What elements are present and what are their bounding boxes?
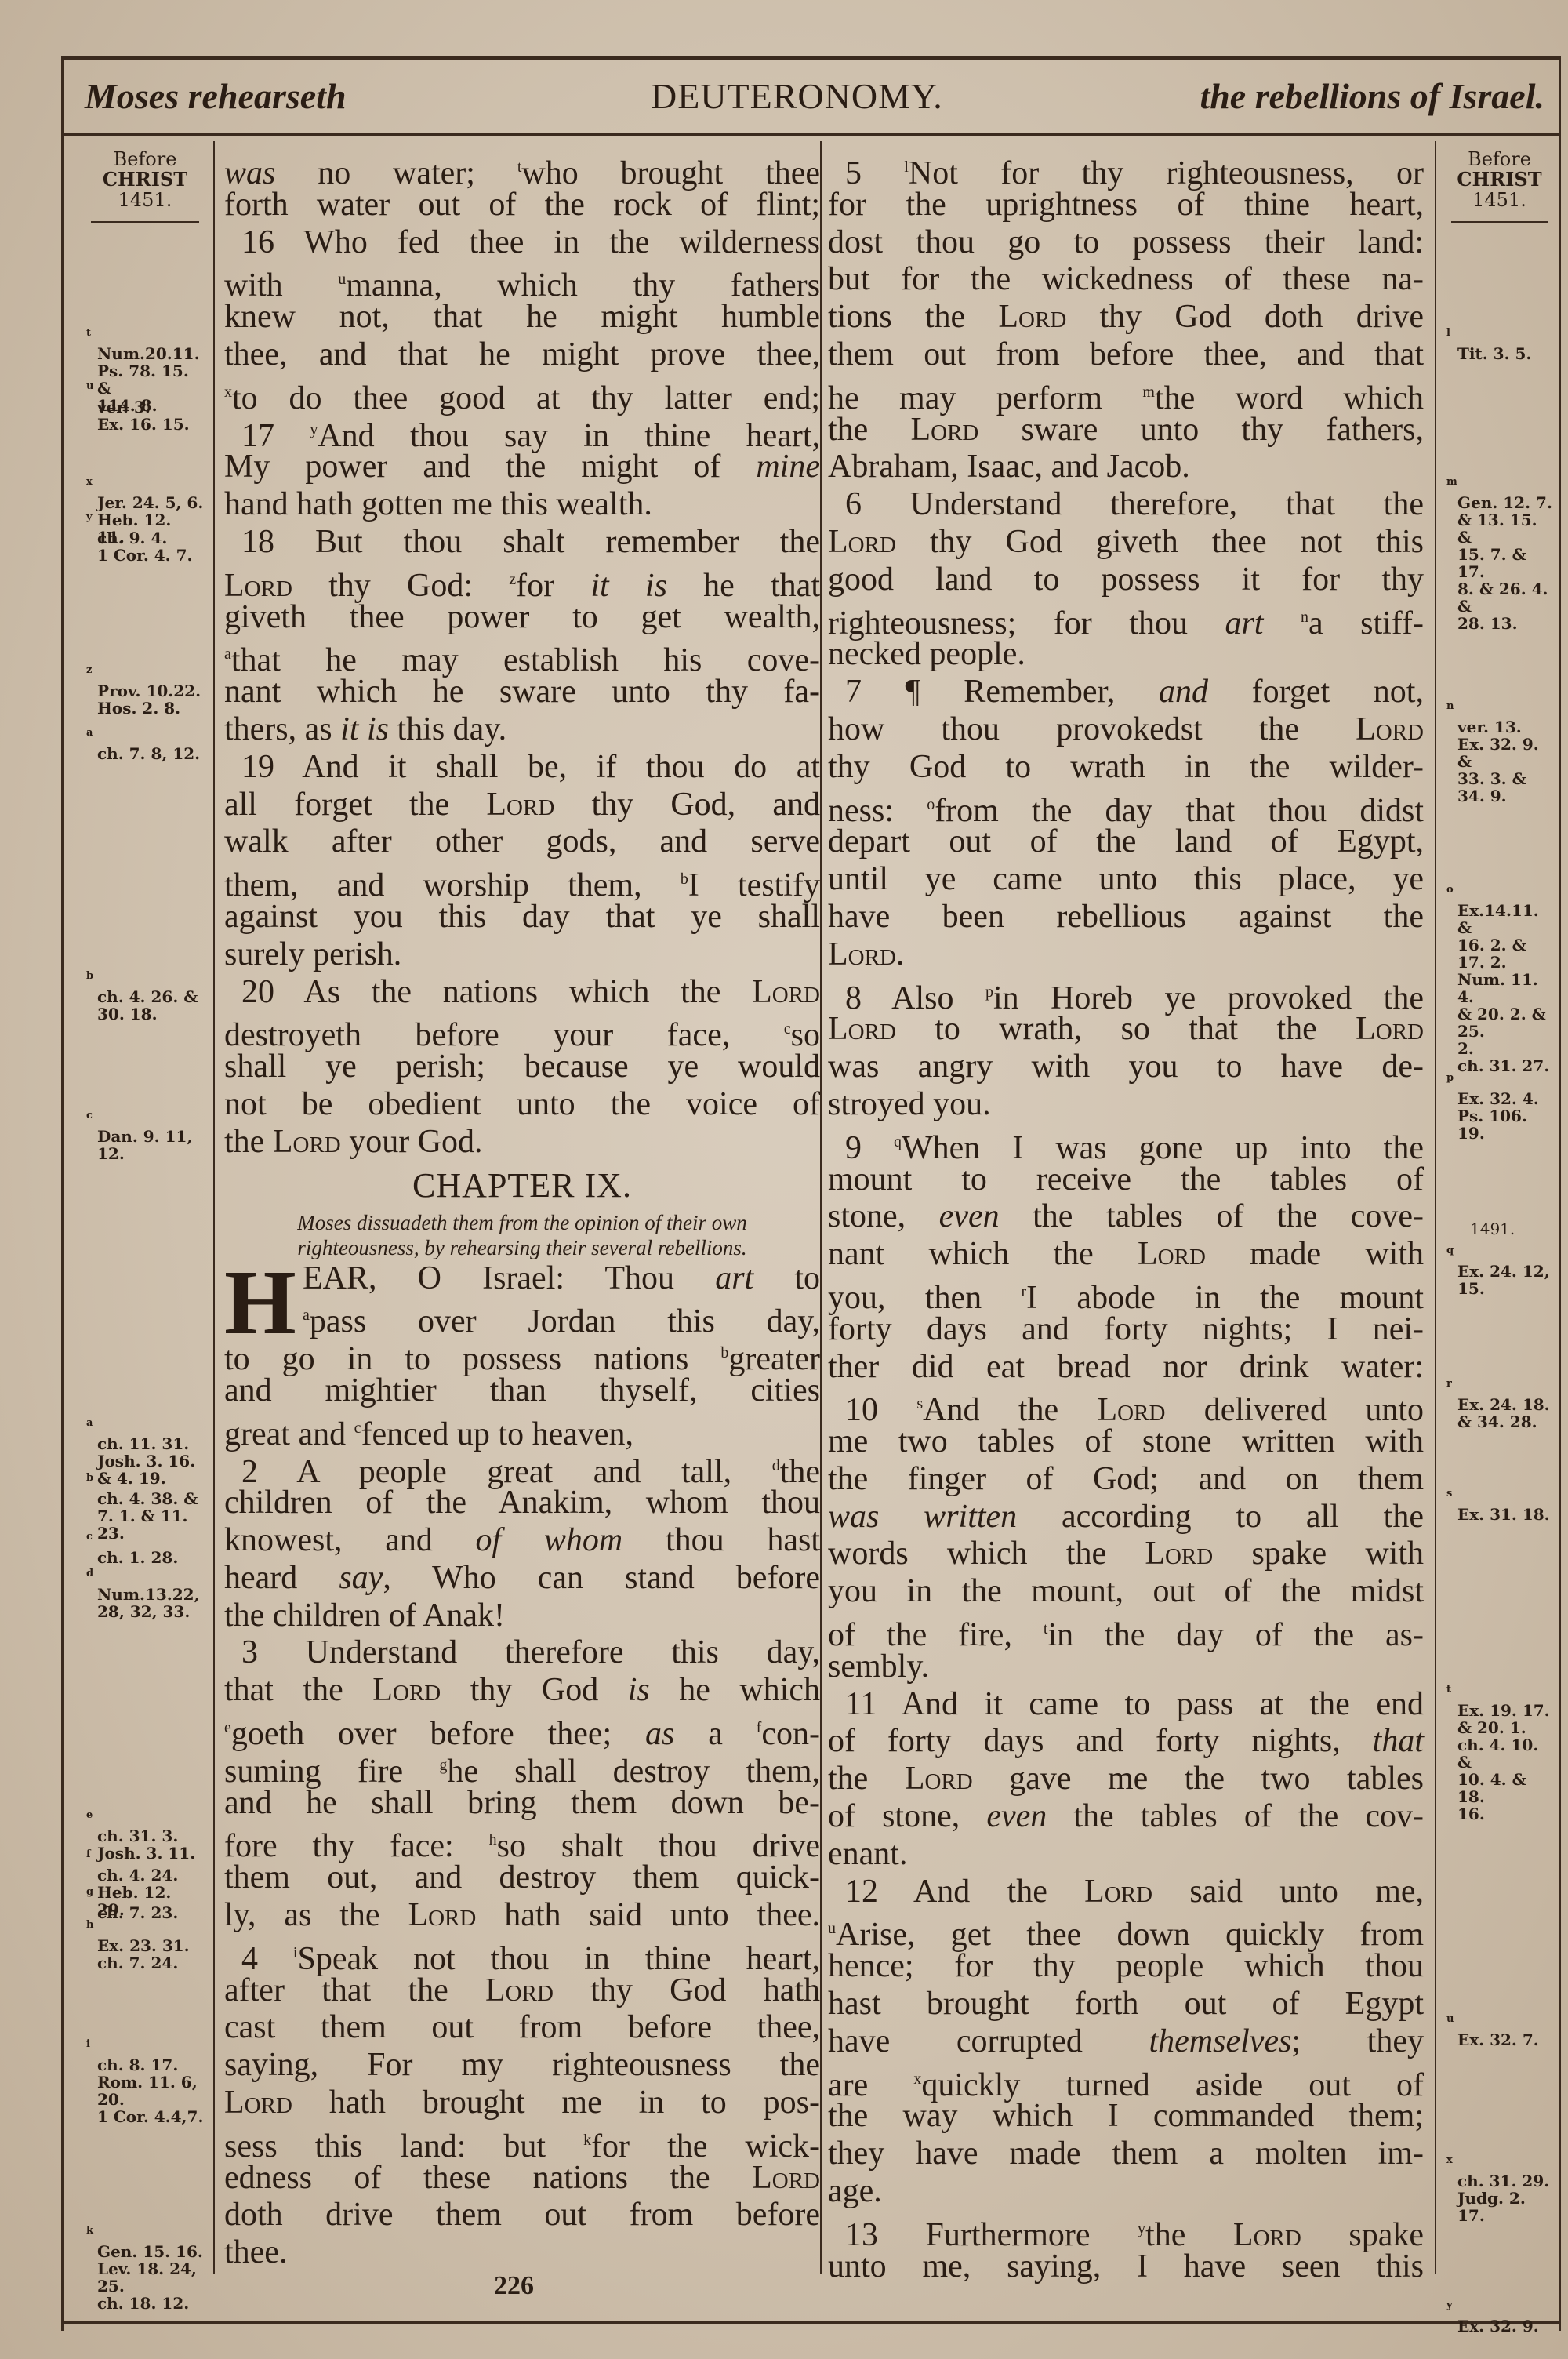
text-line: 16 Who fed thee in the wilderness: [224, 224, 820, 262]
reference-letter: p: [1446, 1072, 1454, 1084]
reference-text: ch. 7. 8, 12.: [86, 745, 200, 762]
reference-letter: x: [86, 476, 93, 488]
text-line: words which the Lord spake with: [828, 1536, 1424, 1573]
reference-marker: e: [224, 1719, 231, 1736]
text-line: 13 Furthermore ythe Lord spake: [828, 2211, 1424, 2248]
text-line: the Lord your God.: [224, 1124, 820, 1161]
text-line: the finger of God; and on them: [828, 1461, 1424, 1499]
reference-text: 15.: [1446, 1280, 1550, 1297]
text-line: fore thy face: hso shalt thou drive: [224, 1822, 820, 1859]
era-year: 1451.: [91, 190, 199, 210]
text-line: the Lord gave me the two tables: [828, 1761, 1424, 1798]
text-line: you, then rI abode in the mount: [828, 1274, 1424, 1311]
reference-text: 28, 32, 33.: [86, 1603, 200, 1620]
deut-8-verses: was no water; twho brought theeforth wat…: [224, 149, 820, 1161]
reference-letter: e: [86, 1809, 93, 1821]
era-christ: CHRIST: [91, 169, 199, 190]
reference-marker: g: [439, 1757, 447, 1774]
text-line: edness of these nations the Lord: [224, 2160, 820, 2197]
text-line: 11 And it came to pass at the end: [828, 1686, 1424, 1724]
text-line: saying, For my righteousness the: [224, 2047, 820, 2085]
reference-text: ch. 18. 12.: [86, 2295, 203, 2312]
text-line: 17 yAnd thou say in thine heart,: [224, 412, 820, 449]
reference-letter: b: [86, 970, 93, 982]
reference-text: 1491.: [1470, 1219, 1515, 1238]
chapter-opening: H EAR, O Israel: Thou art toapass over J…: [224, 1260, 820, 2273]
text-line: tions the Lord thy God doth drive: [828, 299, 1424, 336]
reference-letter: t: [86, 327, 91, 339]
chapter-summary-line: Moses dissuadeth them from the opinion o…: [224, 1210, 820, 1235]
text-line: after that the Lord thy God hath: [224, 1972, 820, 2010]
text-line: suming fire ghe shall destroy them,: [224, 1747, 820, 1785]
text-line: Lord thy God giveth thee not this: [828, 524, 1424, 562]
reference-marker: t: [1044, 1620, 1048, 1637]
reference-marker: b: [720, 1344, 728, 1361]
text-line: not be obedient unto the voice of: [224, 1086, 820, 1124]
era-before: Before: [1451, 149, 1548, 169]
text-line: the Lord sware unto thy fathers,: [828, 412, 1424, 449]
text-line: the way which I commanded them;: [828, 2098, 1424, 2135]
drop-cap: H: [224, 1265, 296, 1340]
cross-reference: yEx. 32. 9.: [1446, 2297, 1539, 2335]
reference-marker: p: [985, 983, 993, 1001]
text-line: 8 Also pin Horeb ye provoked the: [828, 974, 1424, 1012]
reference-marker: x: [913, 2070, 921, 2088]
text-line: are xquickly turned aside out of: [828, 2061, 1424, 2099]
reference-letter: c: [86, 1110, 93, 1121]
reference-letter: g: [86, 1886, 93, 1898]
reference-text: ch. 4. 38. &: [86, 1490, 204, 1507]
reference-text: Rom. 11. 6,: [86, 2074, 203, 2091]
reference-marker: o: [927, 796, 935, 813]
reference-text: ver. 3.: [86, 398, 190, 416]
reference-letter: a: [86, 727, 93, 739]
reference-text: 2.: [1446, 1040, 1552, 1057]
text-line: hast brought forth out of Egypt: [828, 1986, 1424, 2023]
reference-text: Hos. 2. 8.: [86, 700, 201, 717]
reference-letter: a: [86, 1417, 93, 1429]
cross-reference: hEx. 23. 31.ch. 7. 24.: [86, 1917, 190, 1972]
text-line: forty days and forty nights; I nei-: [828, 1311, 1424, 1349]
text-line: heard say, Who can stand before: [224, 1560, 820, 1598]
chapter-heading: CHAPTER IX.: [224, 1161, 820, 1210]
text-line: necked people.: [828, 636, 1424, 674]
text-line: 20 As the nations which the Lord: [224, 974, 820, 1012]
reference-letter: s: [1446, 1488, 1452, 1499]
text-line: thy God to wrath in the wilder-: [828, 749, 1424, 787]
cross-reference: tEx. 19. 17.& 20. 1.ch. 4. 10. &10. 4. &…: [1446, 1681, 1552, 1823]
reference-text: 20.: [86, 2091, 203, 2108]
reference-marker: u: [828, 1920, 836, 1937]
text-column-left: was no water; twho brought theeforth wat…: [224, 149, 820, 2272]
text-line: but for the wickedness of these na-: [828, 261, 1424, 299]
reference-text: 1 Cor. 4.4,7.: [86, 2108, 203, 2125]
text-line: knowest, and of whom thou hast: [224, 1522, 820, 1560]
text-line: stone, even the tables of the cove-: [828, 1198, 1424, 1236]
reference-text: 12.: [86, 1145, 192, 1162]
column-divider: [820, 141, 822, 2274]
text-line: dost thou go to possess their land:: [828, 224, 1424, 262]
text-line: thers, as it is this day.: [224, 711, 820, 749]
reference-marker: t: [517, 158, 522, 176]
cross-reference: pEx. 32. 4.Ps. 106. 19.: [1446, 1070, 1552, 1142]
cross-reference: cch. 1. 28.: [86, 1528, 178, 1566]
era-year: 1451.: [1451, 190, 1548, 210]
reference-marker: n: [1301, 609, 1308, 626]
reference-text: 15. 7. & 17.: [1446, 546, 1552, 580]
text-line: giveth thee power to get wealth,: [224, 599, 820, 637]
text-line: enant.: [828, 1836, 1424, 1874]
cross-reference: cDan. 9. 11,12.: [86, 1107, 192, 1162]
text-line: unto me, saying, I have seen this: [828, 2248, 1424, 2286]
cross-reference: nver. 13.Ex. 32. 9. &33. 3. & 34. 9.: [1446, 698, 1552, 805]
reference-text: Ex. 32. 9. &: [1446, 736, 1552, 770]
text-line: them out, and destroy them quick-: [224, 1859, 820, 1897]
page-number: 226: [494, 2271, 534, 2301]
reference-text: ch. 7. 24.: [86, 1954, 190, 1972]
reference-text: ch. 4. 26. &: [86, 988, 198, 1005]
reference-text: 16. 2. & 17. 2.: [1446, 936, 1552, 971]
text-line: righteousness; for thou art na stiff-: [828, 599, 1424, 637]
header-rule: [61, 133, 1559, 136]
reference-text: ver. 13.: [1446, 718, 1552, 736]
reference-text: Num.20.11.: [86, 345, 204, 362]
text-line: EAR, O Israel: Thou art to: [224, 1260, 820, 1298]
reference-marker: a: [303, 1307, 310, 1324]
reference-letter: c: [86, 1531, 93, 1543]
text-line: of forty days and forty nights, that: [828, 1723, 1424, 1761]
reference-marker: k: [583, 2132, 591, 2149]
reference-marker: y: [310, 421, 318, 438]
text-line: good land to possess it for thy: [828, 562, 1424, 599]
text-line: 6 Understand therefore, that the: [828, 486, 1424, 524]
reference-text: Dan. 9. 11,: [86, 1128, 192, 1145]
text-line: how thou provokedst the Lord: [828, 711, 1424, 749]
cross-reference: uver. 3.Ex. 16. 15.: [86, 378, 190, 433]
text-line: and he shall bring them down be-: [224, 1785, 820, 1823]
reference-marker: c: [354, 1419, 361, 1437]
reference-text: Ps. 106. 19.: [1446, 1107, 1552, 1142]
reference-letter: f: [86, 1848, 91, 1860]
text-line: uArise, get thee down quickly from: [828, 1910, 1424, 1948]
reference-text: ch. 4. 10. &: [1446, 1736, 1552, 1771]
text-line: have corrupted themselves; they: [828, 2023, 1424, 2061]
text-line: hand hath gotten me this wealth.: [224, 486, 820, 524]
reference-marker: z: [509, 571, 516, 588]
reference-letter: y: [86, 511, 93, 523]
reference-text: Josh. 3. 16.: [86, 1452, 195, 1470]
text-line: all forget the Lord thy God, and: [224, 787, 820, 824]
reference-text: 16.: [1446, 1805, 1552, 1823]
bible-page: Moses rehearseth DEUTERONOMY. the rebell…: [0, 0, 1568, 2359]
cross-reference: uEx. 32. 7.: [1446, 2011, 1539, 2048]
reference-text: Ex. 24. 18.: [1446, 1396, 1550, 1413]
text-line: sembly.: [828, 1648, 1424, 1686]
cross-reference: dNum.13.22,28, 32, 33.: [86, 1565, 200, 1620]
reference-marker: f: [757, 1719, 762, 1736]
text-line: age.: [828, 2173, 1424, 2211]
text-line: against you this day that ye shall: [224, 899, 820, 936]
text-line: 3 Understand therefore this day,: [224, 1634, 820, 1672]
text-column-right: 5 lNot for thy righteousness, orfor the …: [828, 149, 1424, 2285]
text-line: knew not, that he might humble: [224, 299, 820, 336]
text-line: great and cfenced up to heaven,: [224, 1410, 820, 1448]
text-line: nant which he sware unto thy fa-: [224, 674, 820, 711]
text-line: apass over Jordan this day,: [224, 1297, 820, 1335]
text-line: and mightier than thyself, cities: [224, 1372, 820, 1410]
text-line: Lord to wrath, so that the Lord: [828, 1011, 1424, 1049]
chapter-summary-line: righteousness, by rehearsing their sever…: [224, 1235, 820, 1260]
text-line: have been rebellious against the: [828, 899, 1424, 936]
text-line: surely perish.: [224, 936, 820, 974]
reference-marker: c: [784, 1020, 791, 1038]
text-line: Lord thy God: zfor it is he that: [224, 562, 820, 599]
reference-letter: h: [86, 1919, 93, 1931]
cross-reference: sEx. 31. 18.: [1446, 1485, 1550, 1523]
reference-marker: i: [293, 1944, 298, 1961]
reference-text: 28. 13.: [1446, 615, 1552, 632]
reference-text: Ex. 32. 9.: [1446, 2317, 1539, 2335]
text-line: of stone, even the tables of the cov-: [828, 1798, 1424, 1836]
reference-marker: x: [224, 383, 232, 401]
text-line: doth drive them out from before: [224, 2197, 820, 2234]
reference-text: ch. 31. 3.: [86, 1827, 195, 1845]
text-line: shall ye perish; because ye would: [224, 1049, 820, 1086]
text-line: forth water out of the rock of flint;: [224, 187, 820, 224]
reference-text: 33. 3. & 34. 9.: [1446, 770, 1552, 805]
running-head-left: Moses rehearseth: [85, 72, 347, 121]
reference-letter: r: [1446, 1378, 1452, 1390]
reference-text: Tit. 3. 5.: [1446, 345, 1531, 362]
text-line: was no water; twho brought thee: [224, 149, 820, 187]
text-line: children of the Anakim, whom thou: [224, 1485, 820, 1522]
text-line: destroyeth before your face, cso: [224, 1011, 820, 1049]
reference-text: & 13. 15. &: [1446, 511, 1552, 546]
reference-text: Ex. 24. 12,: [1446, 1263, 1550, 1280]
reference-text: Ex. 23. 31.: [86, 1937, 190, 1954]
reference-marker: u: [338, 271, 346, 288]
text-line: 12 And the Lord said unto me,: [828, 1874, 1424, 1911]
cross-reference: qEx. 24. 12,15.: [1446, 1242, 1550, 1297]
reference-marker: y: [1138, 2220, 1145, 2237]
reference-text: 30. 18.: [86, 1005, 198, 1023]
cross-reference: gch. 7. 23.: [86, 1884, 178, 1921]
reference-letter: l: [1446, 327, 1450, 339]
text-line: nant which the Lord made with: [828, 1236, 1424, 1274]
reference-marker: m: [1142, 383, 1155, 401]
reference-text: & 20. 1.: [1446, 1719, 1552, 1736]
reference-letter: x: [1446, 2154, 1453, 2166]
cross-reference: oEx.14.11. &16. 2. & 17. 2.Num. 11. 4.& …: [1446, 881, 1552, 1074]
text-line: of the fire, tin the day of the as-: [828, 1611, 1424, 1648]
reference-marker: r: [1021, 1283, 1026, 1300]
reference-marker: q: [894, 1133, 902, 1150]
top-rule: [61, 56, 1559, 60]
reference-letter: m: [1446, 476, 1457, 488]
reference-text: 10. 4. & 18.: [1446, 1771, 1552, 1805]
reference-text: Ex. 19. 17.: [1446, 1702, 1552, 1719]
reference-text: ch. 11. 31.: [86, 1435, 195, 1452]
era-label-right: Before CHRIST 1451.: [1451, 149, 1548, 223]
reference-text: ch. 8. 17.: [86, 2056, 203, 2074]
text-line: ly, as the Lord hath said unto thee.: [224, 1897, 820, 1935]
text-line: that the Lord thy God is he which: [224, 1672, 820, 1710]
deut-9-verses-left: EAR, O Israel: Thou art toapass over Jor…: [224, 1260, 820, 2273]
text-line: sess this land: but kfor the wick-: [224, 2122, 820, 2160]
text-line: mount to receive the tables of: [828, 1161, 1424, 1199]
reference-text: Gen. 15. 16.: [86, 2243, 203, 2260]
reference-text: ch. 9. 4.: [86, 529, 192, 547]
text-line: Lord.: [828, 936, 1424, 974]
cross-reference: zProv. 10.22.Hos. 2. 8.: [86, 662, 201, 717]
chapter-summary: Moses dissuadeth them from the opinion o…: [224, 1210, 820, 1260]
reference-text: 8. & 26. 4. &: [1446, 580, 1552, 615]
reference-marker: a: [224, 645, 231, 663]
reference-letter: t: [1446, 1684, 1451, 1696]
reference-letter: q: [1446, 1245, 1454, 1256]
text-line: until ye came unto this place, ye: [828, 861, 1424, 899]
text-line: the children of Anak!: [224, 1598, 820, 1635]
cross-reference: bch. 4. 26. &30. 18.: [86, 968, 198, 1023]
text-line: 2 A people great and tall, dthe: [224, 1448, 820, 1485]
text-line: My power and the might of mine: [224, 449, 820, 486]
reference-text: Ex. 16. 15.: [86, 416, 190, 433]
text-line: thee, and that he might prove thee,: [224, 336, 820, 374]
era-year-marker: 1491.: [1470, 1220, 1515, 1238]
reference-text: 25.: [86, 2277, 203, 2295]
cross-reference: kGen. 15. 16.Lev. 18. 24,25.ch. 18. 12.: [86, 2223, 203, 2312]
text-line: them, and worship them, bI testify: [224, 861, 820, 899]
text-line: hence; for thy people which thou: [828, 1948, 1424, 1986]
reference-text: & 20. 2. & 25.: [1446, 1005, 1552, 1040]
reference-text: Gen. 12. 7.: [1446, 494, 1552, 511]
right-margin-references: Before CHRIST 1451. lTit. 3. 5.mGen. 12.…: [1446, 149, 1552, 238]
text-line: 4 iSpeak not thou in thine heart,: [224, 1935, 820, 1972]
reference-text: Ex. 32. 4.: [1446, 1090, 1552, 1107]
text-line: 10 sAnd the Lord delivered unto: [828, 1386, 1424, 1423]
reference-letter: u: [1446, 2013, 1454, 2025]
reference-text: Num.13.22,: [86, 1586, 200, 1603]
cross-reference: ach. 7. 8, 12.: [86, 725, 200, 762]
reference-text: ch. 4. 24.: [86, 1866, 204, 1884]
reference-letter: k: [86, 2225, 93, 2237]
text-line: Abraham, Isaac, and Jacob.: [828, 449, 1424, 486]
reference-letter: i: [86, 2038, 90, 2050]
reference-text: ch. 31. 29.: [1446, 2172, 1552, 2190]
text-line: xto do thee good at thy latter end;: [224, 374, 820, 412]
text-line: 5 lNot for thy righteousness, or: [828, 149, 1424, 187]
left-margin-references: Before CHRIST 1451. tNum.20.11.Ps. 78. 1…: [86, 149, 204, 238]
running-head-book-title: DEUTERONOMY.: [651, 72, 943, 121]
text-line: thee.: [224, 2234, 820, 2272]
reference-marker: l: [904, 158, 909, 176]
text-line: you in the mount, out of the midst: [828, 1573, 1424, 1611]
text-line: 18 But thou shalt remember the: [224, 524, 820, 562]
running-head-right: the rebellions of Israel.: [1200, 72, 1544, 121]
era-label-left: Before CHRIST 1451.: [91, 149, 199, 223]
cross-reference: rEx. 24. 18.& 34. 28.: [1446, 1376, 1550, 1430]
cross-reference: ych. 9. 4.1 Cor. 4. 7.: [86, 509, 192, 564]
cross-reference: lTit. 3. 5.: [1446, 325, 1531, 362]
reference-text: 1 Cor. 4. 7.: [86, 547, 192, 564]
reference-letter: d: [86, 1568, 93, 1579]
reference-letter: o: [1446, 884, 1454, 896]
reference-text: & 34. 28.: [1446, 1413, 1550, 1430]
text-line: cast them out from before thee,: [224, 2009, 820, 2047]
left-margin-rule: [213, 141, 215, 2274]
text-line: 19 And it shall be, if thou do at: [224, 749, 820, 787]
reference-text: Judg. 2. 17.: [1446, 2190, 1552, 2224]
reference-text: Ex.14.11. &: [1446, 902, 1552, 936]
text-line: me two tables of stone written with: [828, 1423, 1424, 1461]
cross-reference: xch. 31. 29.Judg. 2. 17.: [1446, 2152, 1552, 2224]
text-line: them out from before thee, and that: [828, 336, 1424, 374]
reference-letter: b: [86, 1472, 93, 1484]
reference-letter: n: [1446, 700, 1454, 712]
text-line: to go in to possess nations bgreater: [224, 1335, 820, 1372]
right-margin-rule: [1435, 141, 1436, 2274]
reference-text: Ex. 31. 18.: [1446, 1506, 1550, 1523]
text-line: he may perform mthe word which: [828, 374, 1424, 412]
text-line: athat he may establish his cove-: [224, 636, 820, 674]
text-line: 7 ¶ Remember, and forget not,: [828, 674, 1424, 711]
reference-text: ch. 1. 28.: [86, 1549, 178, 1566]
reference-marker: b: [681, 871, 688, 888]
deut-9-verses-right: 5 lNot for thy righteousness, orfor the …: [828, 149, 1424, 2285]
reference-letter: z: [86, 664, 92, 676]
reference-text: Num. 11. 4.: [1446, 971, 1552, 1005]
text-line: ness: ofrom the day that thou didst: [828, 787, 1424, 824]
reference-text: Prov. 10.22.: [86, 682, 201, 700]
text-line: Lord hath brought me in to pos-: [224, 2085, 820, 2122]
reference-letter: u: [86, 380, 93, 392]
text-line: egoeth over before thee; as a fcon-: [224, 1710, 820, 1747]
text-line: ther did eat bread nor drink water:: [828, 1349, 1424, 1387]
text-line: was written according to all the: [828, 1499, 1424, 1536]
text-line: with umanna, which thy fathers: [224, 261, 820, 299]
text-line: for the uprightness of thine heart,: [828, 187, 1424, 224]
text-line: stroyed you.: [828, 1086, 1424, 1124]
era-before: Before: [91, 149, 199, 169]
cross-reference: mGen. 12. 7.& 13. 15. &15. 7. & 17.8. & …: [1446, 474, 1552, 632]
reference-marker: h: [489, 1831, 497, 1848]
text-line: depart out of the land of Egypt,: [828, 823, 1424, 861]
text-line: was angry with you to have de-: [828, 1049, 1424, 1086]
text-line: walk after other gods, and serve: [224, 823, 820, 861]
cross-reference: ich. 8. 17.Rom. 11. 6,20.1 Cor. 4.4,7.: [86, 2036, 203, 2125]
text-line: they have made them a molten im-: [828, 2135, 1424, 2173]
era-christ: CHRIST: [1451, 169, 1548, 190]
reference-text: Lev. 18. 24,: [86, 2260, 203, 2277]
reference-letter: y: [1446, 2299, 1453, 2311]
reference-text: Ex. 32. 7.: [1446, 2031, 1539, 2048]
reference-marker: d: [772, 1457, 780, 1474]
text-line: 9 qWhen I was gone up into the: [828, 1124, 1424, 1161]
reference-marker: s: [916, 1395, 923, 1412]
bottom-rule: [61, 2321, 1559, 2324]
